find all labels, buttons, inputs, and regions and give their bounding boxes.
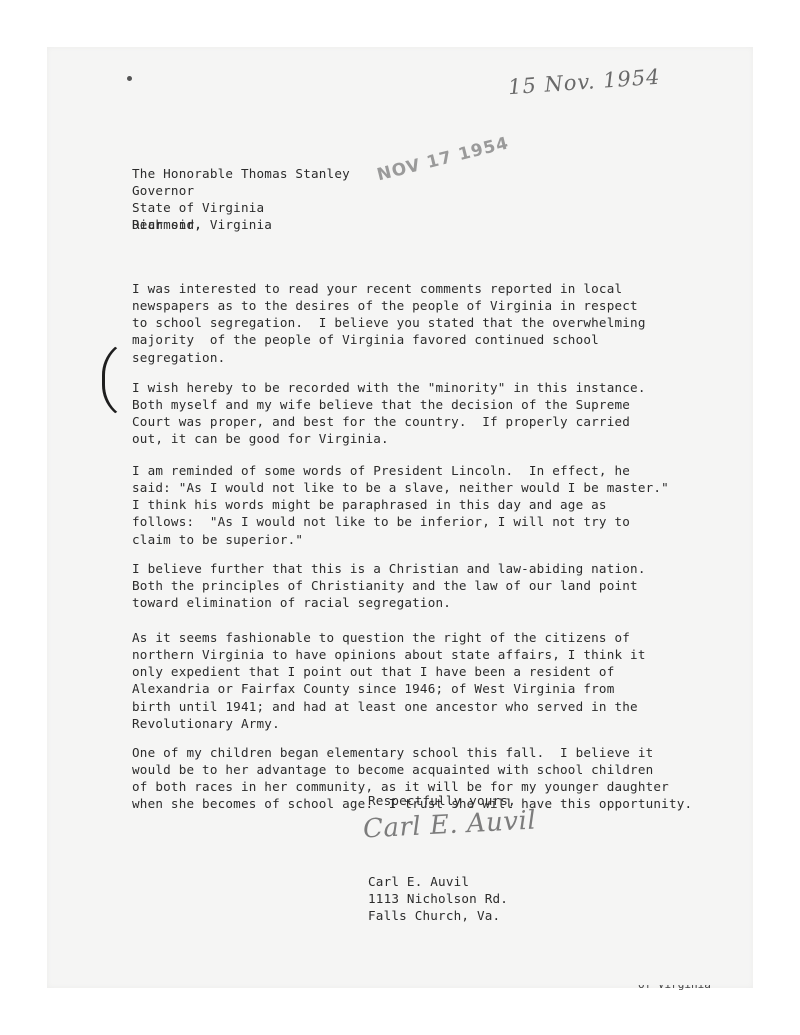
recipient-line: State of Virginia — [132, 199, 350, 216]
text-line: newspapers as to the desires of the peop… — [132, 297, 646, 314]
text-line: I believe further that this is a Christi… — [132, 560, 646, 577]
text-line: to school segregation. I believe you sta… — [132, 314, 646, 331]
sender-line: 1113 Nicholson Rd. — [368, 890, 508, 907]
recipient-line: The Honorable Thomas Stanley — [132, 165, 350, 182]
text-line: northern Virginia to have opinions about… — [132, 646, 646, 663]
text-line: Both the principles of Christianity and … — [132, 577, 646, 594]
cutoff-footer-label: of Virginia — [638, 985, 711, 990]
text-line: Alexandria or Fairfax County since 1946;… — [132, 680, 646, 697]
text-line: I was interested to read your recent com… — [132, 280, 646, 297]
punch-mark — [127, 76, 132, 81]
text-line: As it seems fashionable to question the … — [132, 629, 646, 646]
text-line: only expedient that I point out that I h… — [132, 663, 646, 680]
text-line: would be to her advantage to become acqu… — [132, 761, 692, 778]
text-line: One of my children began elementary scho… — [132, 744, 692, 761]
text-line: Both myself and my wife believe that the… — [132, 396, 646, 413]
cutoff-footer-text: of Virginia — [638, 985, 711, 990]
text-line: said: "As I would not like to be a slave… — [132, 479, 669, 496]
sender-line: Carl E. Auvil — [368, 873, 508, 890]
sender-block: Carl E. Auvil1113 Nicholson Rd.Falls Chu… — [368, 838, 508, 942]
sender-line: Falls Church, Va. — [368, 907, 508, 924]
text-line: I am reminded of some words of President… — [132, 462, 669, 479]
recipient-line: Governor — [132, 182, 350, 199]
text-line: I think his words might be paraphrased i… — [132, 496, 669, 513]
text-line: I wish hereby to be recorded with the "m… — [132, 379, 646, 396]
salutation: Dear sir, — [132, 216, 202, 233]
